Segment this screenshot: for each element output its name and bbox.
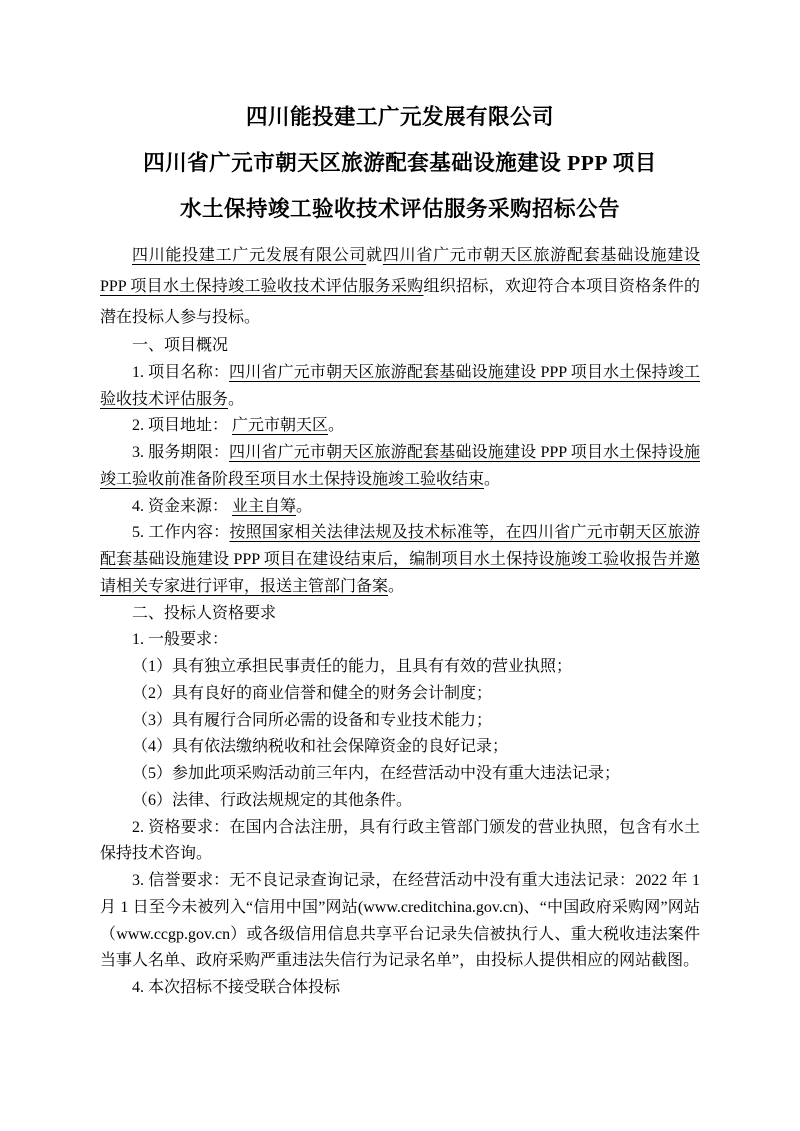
service-term-label: 3. 服务期限：: [132, 444, 229, 461]
item-service-term: 3. 服务期限：四川省广元市朝天区旅游配套基础设施建设 PPP 项目水土保持设施…: [100, 440, 700, 494]
section1-heading: 一、项目概况: [100, 333, 700, 360]
general-requirement-5: （5）参加此项采购活动前三年内，在经营活动中没有重大违法记录；: [100, 761, 700, 788]
intro-connector-text: 就: [366, 247, 383, 264]
document-title: 四川能投建工广元发展有限公司 四川省广元市朝天区旅游配套基础设施建设 PPP 项…: [100, 94, 700, 232]
general-requirements-label: 1. 一般要求：: [100, 627, 700, 654]
item-work-scope: 5. 工作内容：按照国家相关法律法规及技术标准等，在四川省广元市朝天区旅游配套基…: [100, 520, 700, 600]
project-name-period: 。: [228, 391, 244, 408]
funding-source-period: 。: [296, 498, 312, 515]
title-line-company: 四川能投建工广元发展有限公司: [100, 94, 700, 140]
project-address-label: 2. 项目地址：: [132, 417, 232, 434]
document-body: 四川能投建工广元发展有限公司就四川省广元市朝天区旅游配套基础设施建设 PPP 项…: [100, 240, 700, 1002]
general-requirement-1: （1）具有独立承担民事责任的能力，且具有有效的营业执照；: [100, 654, 700, 681]
general-requirement-3: （3）具有履行合同所必需的设备和专业技术能力；: [100, 708, 700, 735]
document-content: 四川能投建工广元发展有限公司 四川省广元市朝天区旅游配套基础设施建设 PPP 项…: [0, 0, 800, 1002]
item-funding-source: 4. 资金来源： 业主自筹。: [100, 494, 700, 521]
funding-source-label: 4. 资金来源：: [132, 498, 232, 515]
service-term-period: 。: [484, 471, 500, 488]
work-scope-period: 。: [388, 578, 404, 595]
item-project-name: 1. 项目名称：四川省广元市朝天区旅游配套基础设施建设 PPP 项目水土保持竣工…: [100, 360, 700, 414]
general-requirement-4: （4）具有依法缴纳税收和社会保障资金的良好记录；: [100, 734, 700, 761]
work-scope-label: 5. 工作内容：: [132, 524, 229, 541]
title-line-project: 四川省广元市朝天区旅游配套基础设施建设 PPP 项目: [100, 140, 700, 186]
project-address-value-underlined: 广元市朝天区: [232, 417, 328, 434]
qualification-requirement: 2. 资格要求：在国内合法注册，具有行政主管部门颁发的营业执照，包含有水土保持技…: [100, 815, 700, 869]
item-project-address: 2. 项目地址： 广元市朝天区。: [100, 413, 700, 440]
intro-paragraph: 四川能投建工广元发展有限公司就四川省广元市朝天区旅游配套基础设施建设 PPP 项…: [100, 240, 700, 333]
credit-requirement: 3. 信誉要求：无不良记录查询记录，在经营活动中没有重大违法记录：2022 年 …: [100, 868, 700, 975]
general-requirement-2: （2）具有良好的商业信誉和健全的财务会计制度；: [100, 681, 700, 708]
section2-heading: 二、投标人资格要求: [100, 601, 700, 628]
intro-company-underlined: 四川能投建工广元发展有限公司: [132, 247, 366, 264]
general-requirement-6: （6）法律、行政法规规定的其他条件。: [100, 788, 700, 815]
title-line-announcement: 水土保持竣工验收技术评估服务采购招标公告: [100, 186, 700, 232]
project-name-label: 1. 项目名称：: [132, 364, 229, 381]
project-address-period: 。: [328, 417, 344, 434]
consortium-statement: 4. 本次招标不接受联合体投标: [100, 975, 700, 1002]
funding-source-value-underlined: 业主自筹: [232, 498, 296, 515]
document-page: 四川能投建工广元发展有限公司 四川省广元市朝天区旅游配套基础设施建设 PPP 项…: [0, 0, 800, 1131]
